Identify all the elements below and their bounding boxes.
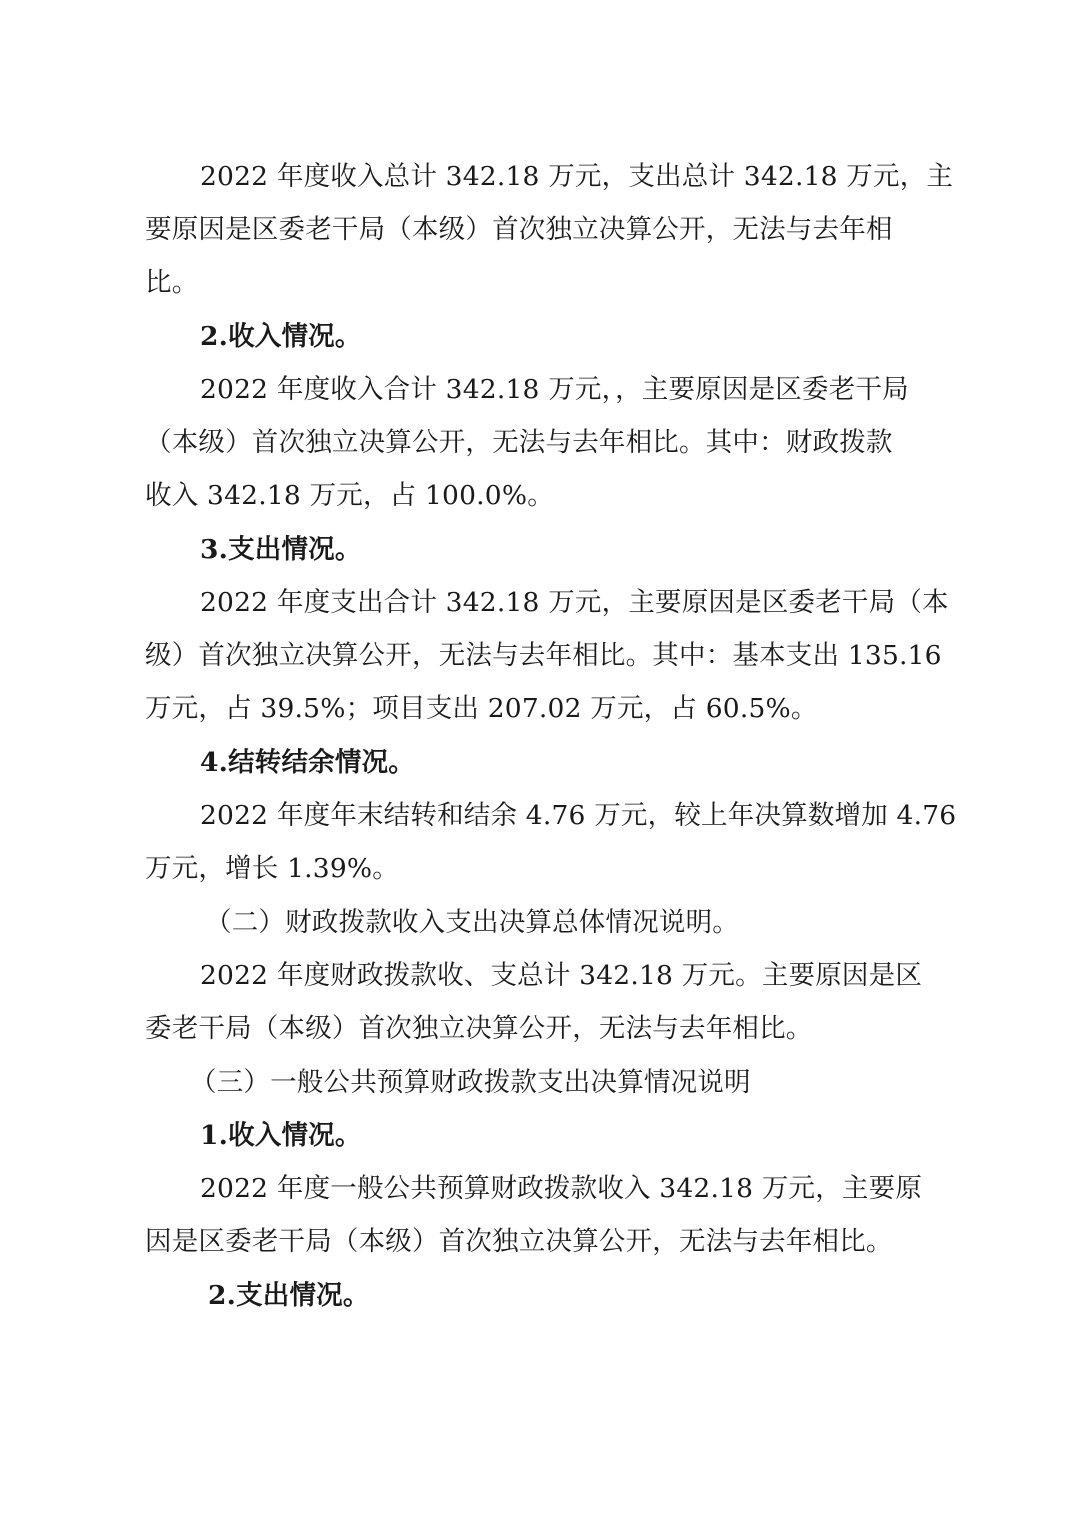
- paragraph-general-income-line-1: 2022 年度一般公共预算财政拨款收入 342.18 万元，主要原: [200, 1172, 922, 1206]
- section-heading-general-budget: （三）一般公共预算财政拨款支出决算情况说明: [190, 1066, 751, 1100]
- paragraph-total-line-3: 比。: [145, 266, 198, 300]
- paragraph-fiscal-line-1: 2022 年度财政拨款收、支总计 342.18 万元。主要原因是区: [200, 959, 922, 993]
- heading-expenditure: 3.支出情况。: [200, 533, 362, 567]
- paragraph-carryover-line-2: 万元，增长 1.39%。: [145, 852, 399, 886]
- paragraph-general-income-line-2: 因是区委老干局（本级）首次独立决算公开，无法与去年相比。: [145, 1225, 893, 1259]
- paragraph-income-line-1: 2022 年度收入合计 342.18 万元，，主要原因是区委老干局: [200, 373, 909, 407]
- heading-general-expenditure: 2.支出情况。: [208, 1279, 370, 1313]
- paragraph-total-line-2: 要原因是区委老干局（本级）首次独立决算公开，无法与去年相: [145, 213, 893, 247]
- heading-general-income: 1.收入情况。: [200, 1119, 362, 1153]
- heading-carryover: 4.结转结余情况。: [200, 746, 415, 780]
- paragraph-total-line-1: 2022 年度收入总计 342.18 万元，支出总计 342.18 万元，主: [200, 160, 953, 194]
- paragraph-income-line-2: （本级）首次独立决算公开，无法与去年相比。其中：财政拨款: [145, 426, 893, 460]
- section-heading-fiscal-overall: （二）财政拨款收入支出决算总体情况说明。: [205, 906, 739, 940]
- paragraph-expenditure-line-3: 万元，占 39.5%；项目支出 207.02 万元，占 60.5%。: [145, 692, 818, 726]
- paragraph-income-line-3: 收入 342.18 万元，占 100.0%。: [145, 479, 554, 513]
- paragraph-expenditure-line-2: 级）首次独立决算公开，无法与去年相比。其中：基本支出 135.16: [145, 639, 942, 673]
- document-page: 2022 年度收入总计 342.18 万元，支出总计 342.18 万元，主 要…: [0, 0, 1074, 1520]
- paragraph-fiscal-line-2: 委老干局（本级）首次独立决算公开，无法与去年相比。: [145, 1012, 813, 1046]
- paragraph-carryover-line-1: 2022 年度年末结转和结余 4.76 万元，较上年决算数增加 4.76: [200, 799, 956, 833]
- heading-income: 2.收入情况。: [200, 320, 362, 354]
- paragraph-expenditure-line-1: 2022 年度支出合计 342.18 万元，主要原因是区委老干局（本: [200, 586, 949, 620]
